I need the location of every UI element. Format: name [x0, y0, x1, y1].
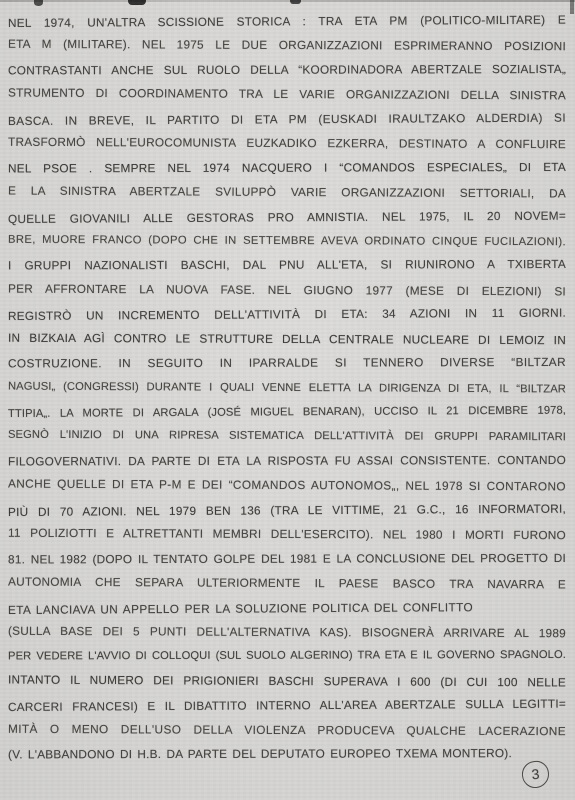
text-line: (V. L'ABBANDONO DI H.B. DA PARTE DEL DEP…	[8, 741, 566, 767]
text-line: STRUMENTO DI COORDINAMENTO TRA LE VARIE …	[8, 81, 566, 108]
text-line: PER AFFRONTARE LA NUOVA FASE. NEL GIUGNO…	[8, 276, 566, 303]
text-line: SEGNÒ L'INIZIO DI UNA RIPRESA SISTEMATIC…	[8, 423, 566, 450]
handwritten-text-block: NEL 1974, UN'ALTRA SCISSIONE STORICA : T…	[8, 9, 566, 767]
text-line: QUELLE GIOVANILI ALLE GESTORAS PRO AMNIS…	[8, 203, 566, 231]
ink-smudge	[290, 0, 301, 4]
text-line: PER VEDERE L'AVVIO DI COLLOQUI (SUL SUOL…	[8, 643, 566, 669]
text-line: FILOGOVERNATIVI. DA PARTE DI ETA LA RISP…	[8, 448, 566, 474]
text-line: PIÙ DI 70 AZIONI. NEL 1979 BEN 136 (TRA …	[8, 496, 566, 524]
text-line: REGISTRÒ UN INCREMENTO DELL'ATTIVITÀ DI …	[8, 301, 566, 329]
ink-smudge	[34, 0, 43, 6]
text-line: E LA SINISTRA ABERTZALE SVILUPPÒ VARIE O…	[8, 179, 566, 206]
text-line: COSTRUZIONE. IN SEGUITO IN IPARRALDE SI …	[8, 350, 566, 376]
text-line: (SULLA BASE DEI 5 PUNTI DELL'ALTERNATIVA…	[8, 619, 566, 646]
text-line: 81. NEL 1982 (DOPO IL TENTATO GOLPE DEL …	[8, 546, 566, 572]
text-line: NEL PSOE . SEMPRE NEL 1974 NACQUERO I “C…	[8, 155, 566, 181]
ink-smudge	[128, 0, 146, 5]
text-line: ANCHE QUELLE DI ETA P-M E DEI “COMANDOS …	[8, 472, 566, 499]
text-line: IN BIZKAIA AGÌ CONTRO LE STRUTTURE DELLA…	[8, 325, 566, 352]
scan-top-edge	[0, 0, 575, 2]
ink-smudge	[570, 0, 574, 14]
text-line: INTANTO IL NUMERO DEI PRIGIONIERI BASCHI…	[8, 667, 566, 694]
text-line: I GRUPPI NAZIONALISTI BASCHI, DAL PNU AL…	[8, 252, 566, 278]
text-line: TRASFORMÒ NELL'EUROCOMUNISTA EUZKADIKO E…	[8, 130, 566, 157]
text-line: 11 POLIZIOTTI E ALTRETTANTI MEMBRI DELL'…	[8, 521, 566, 548]
text-line: ETA LANCIAVA UN APPELLO PER LA SOLUZIONE…	[8, 594, 566, 622]
text-line: NAGUSI„ (CONGRESSI) DURANTE I QUALI VENN…	[8, 374, 566, 401]
text-line: BRE, MUORE FRANCO (DOPO CHE IN SETTEMBRE…	[8, 228, 566, 255]
text-line: BASCA. IN BREVE, IL PARTITO DI ETA PM (E…	[8, 105, 566, 133]
text-line: AUTONOMIA CHE SEPARA ULTERIORMENTE IL PA…	[8, 570, 566, 597]
text-line: CARCERI FRANCESI) E IL DIBATTITO INTERNO…	[8, 692, 566, 720]
text-line: CONTRASTANTI ANCHE SUL RUOLO DELLA “KOOR…	[8, 57, 566, 83]
scanned-handwritten-page: NEL 1974, UN'ALTRA SCISSIONE STORICA : T…	[0, 0, 575, 800]
text-line: ETA M (MILITARE). NEL 1975 LE DUE ORGANI…	[8, 32, 566, 59]
text-line: MITÀ O MENO DELL'USO DELLA VIOLENZA PROD…	[8, 716, 566, 743]
